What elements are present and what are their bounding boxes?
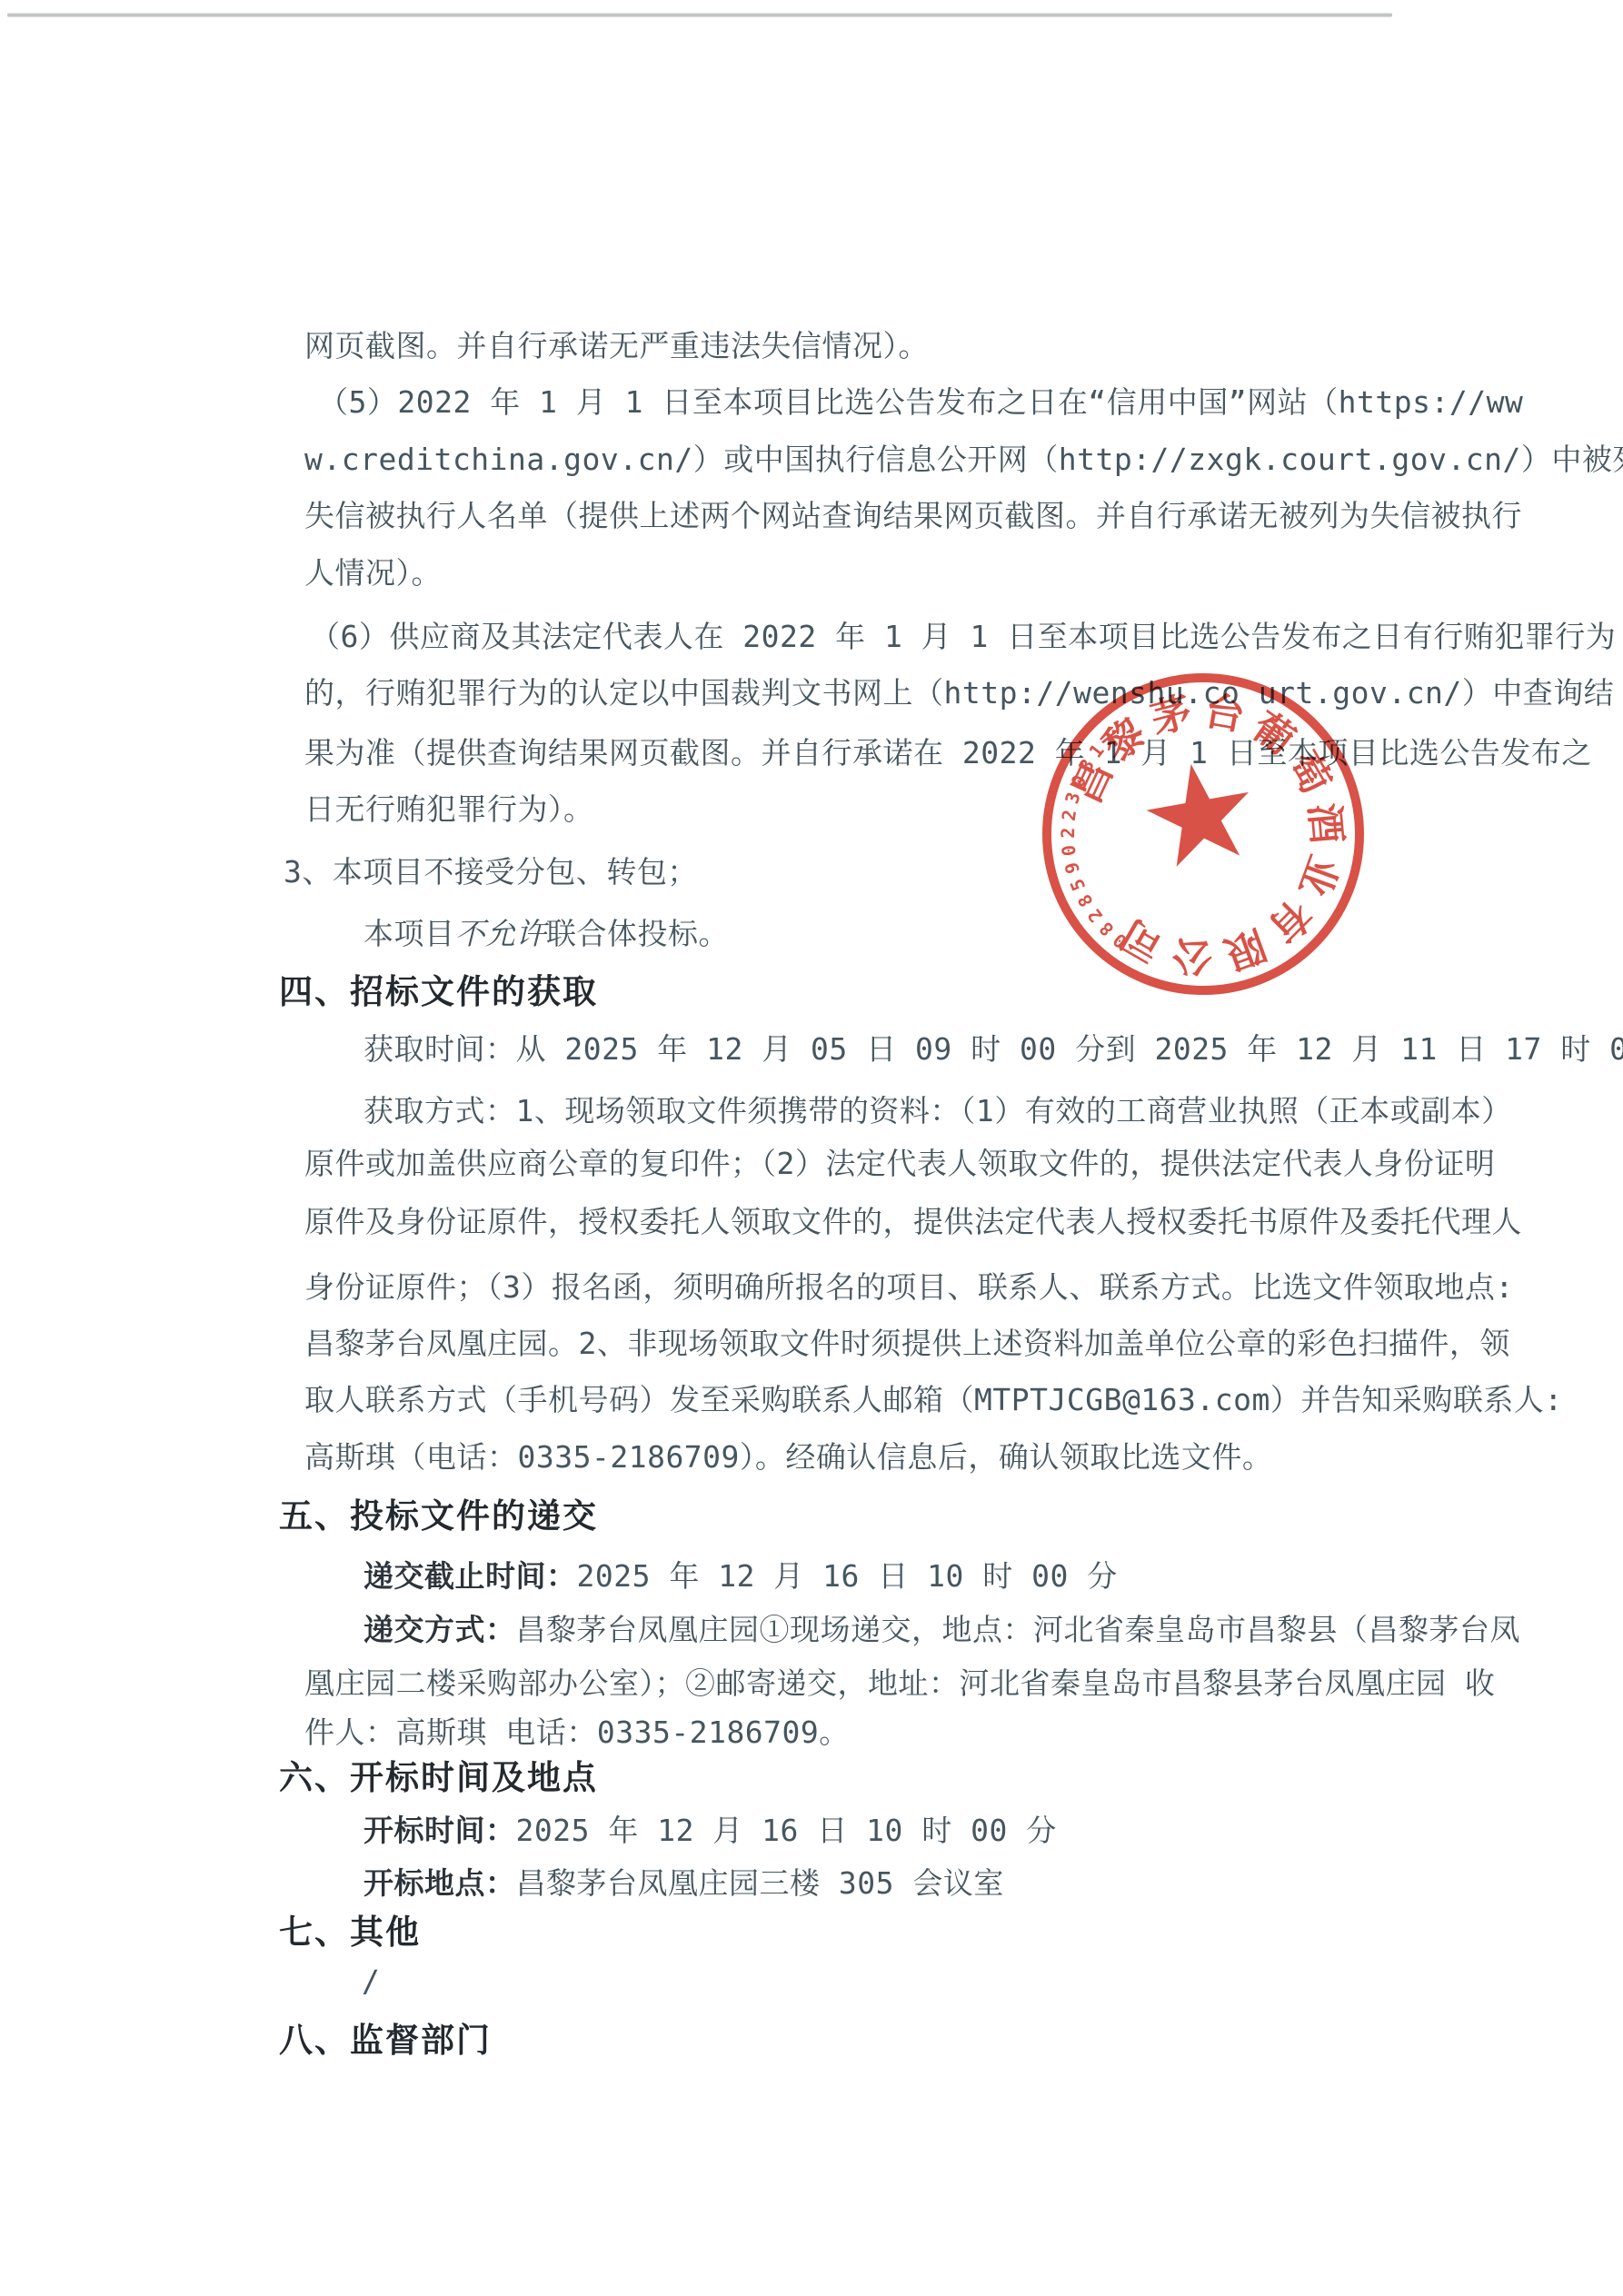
svg-text:萄: 萄	[1279, 744, 1338, 801]
doc-line: 网页截图。并自行承诺无严重违法失信情况）。	[304, 325, 929, 367]
svg-text:9: 9	[1060, 860, 1084, 876]
document-page: 网页截图。并自行承诺无严重违法失信情况）。 （5）2022 年 1 月 1 日至…	[0, 0, 1623, 2296]
svg-text:2: 2	[1083, 905, 1107, 927]
doc-line: （6）供应商及其法定代表人在 2022 年 1 月 1 日至本项目比选公告发布之…	[310, 616, 1616, 658]
svg-text:黎: 黎	[1095, 711, 1154, 770]
no-joint-bid-emphasis: 不允许	[455, 916, 547, 951]
submission-deadline-value: 2025 年 12 月 16 日 10 时 00 分	[577, 1558, 1118, 1594]
doc-line: 高斯琪（电话：0335-2186709）。经确认信息后，确认领取比选文件。	[304, 1436, 1272, 1478]
scan-artifact-line	[7, 13, 1392, 17]
doc-line: 3、本项目不接受分包、转包；	[284, 851, 698, 893]
svg-text:限: 限	[1219, 921, 1271, 977]
svg-text:茅: 茅	[1147, 690, 1197, 743]
section-heading-8: 八、监督部门	[279, 2019, 492, 2062]
bid-opening-time-line: 开标时间：2025 年 12 月 16 日 10 时 00 分	[363, 1810, 1057, 1852]
svg-text:业: 业	[1290, 850, 1346, 902]
submission-method-text: 昌黎茅台凤凰庄园①现场递交，地点：河北省秦皇岛市昌黎县（昌黎茅台凤	[516, 1612, 1521, 1647]
doc-line: w.creditchina.gov.cn/）或中国执行信息公开网（http://…	[304, 439, 1623, 481]
seal-star-icon	[1140, 755, 1259, 870]
doc-line: 昌黎茅台凤凰庄园。2、非现场领取文件时须提供上述资料加盖单位公章的彩色扫描件，领	[304, 1323, 1510, 1365]
svg-text:酒: 酒	[1301, 801, 1349, 845]
doc-line: 凰庄园二楼采购部办公室）；②邮寄递交，地址：河北省秦皇岛市昌黎县茅台凤凰庄园 收	[304, 1663, 1495, 1705]
no-joint-bid-post: 联合体投标。	[546, 916, 729, 951]
doc-line: 原件或加盖供应商公章的复印件；（2）法定代表人领取文件的，提供法定代表人身份证明	[304, 1143, 1495, 1185]
doc-line: 获取方式：1、现场领取文件须携带的资料：（1）有效的工商营业执照（正本或副本）	[363, 1090, 1512, 1132]
section-heading-6: 六、开标时间及地点	[279, 1756, 598, 1800]
submission-method-line: 递交方式：昌黎茅台凤凰庄园①现场递交，地点：河北省秦皇岛市昌黎县（昌黎茅台凤	[363, 1609, 1520, 1651]
no-joint-bid-pre: 本项目	[363, 916, 455, 951]
doc-line: 件人：高斯琪 电话：0335-2186709。	[304, 1712, 850, 1754]
section-heading-7: 七、其他	[279, 1911, 421, 1954]
doc-line: 获取时间：从 2025 年 12 月 05 日 09 时 00 分到 2025 …	[363, 1029, 1623, 1070]
svg-text:葡: 葡	[1244, 704, 1302, 763]
doc-line: 的，行贿犯罪行为的认定以中国裁判文书网上（http://wenshu.co ur…	[304, 672, 1614, 714]
doc-line: 果为准（提供查询结果网页截图。并自行承诺在 2022 年 1 月 1 日至本项目…	[304, 732, 1592, 774]
no-joint-bid-line: 本项目不允许联合体投标。	[363, 913, 729, 955]
doc-line: 取人联系方式（手机号码）发至采购联系人邮箱（MTPTJCGB@163.com）并…	[304, 1379, 1563, 1421]
section-heading-4: 四、招标文件的获取	[279, 970, 598, 1014]
bid-opening-time-label: 开标时间：	[363, 1813, 516, 1848]
svg-text:5: 5	[1065, 876, 1090, 894]
bid-opening-time-value: 2025 年 12 月 16 日 10 时 00 分	[516, 1813, 1057, 1848]
bid-opening-place-value: 昌黎茅台凤凰庄园三楼 305 会议室	[516, 1865, 1004, 1901]
bid-opening-place-line: 开标地点：昌黎茅台凤凰庄园三楼 305 会议室	[363, 1863, 1004, 1904]
svg-text:2: 2	[1057, 828, 1079, 839]
submission-deadline-line: 递交截止时间：2025 年 12 月 16 日 10 时 00 分	[363, 1556, 1118, 1597]
doc-line: （5）2022 年 1 月 1 日至本项目比选公告发布之日在“信用中国”网站（h…	[318, 382, 1523, 423]
section-heading-5: 五、投标文件的递交	[279, 1495, 598, 1538]
bid-opening-place-label: 开标地点：	[363, 1865, 516, 1901]
svg-text:2: 2	[1058, 809, 1080, 822]
svg-text:台: 台	[1200, 689, 1248, 740]
doc-line: 失信被执行人名单（提供上述两个网站查询结果网页截图。并自行承诺无被列为失信被执行	[304, 495, 1522, 537]
doc-line: 身份证原件；（3）报名函，须明确所报名的项目、联系人、联系方式。比选文件领取地点…	[304, 1267, 1514, 1308]
svg-text:8: 8	[1073, 890, 1098, 910]
doc-line: 人情况）。	[304, 552, 442, 594]
doc-line: 日无行贿犯罪行为）。	[304, 789, 594, 830]
doc-line: 原件及身份证原件，授权委托人领取文件的，提供法定代表人授权委托书原件及委托代理人	[304, 1201, 1522, 1243]
svg-text:公: 公	[1170, 932, 1214, 980]
company-seal: 昌 黎 茅 台 葡 萄 酒 业 有 限 公 司 1 3 0 3 2 2 0 9 …	[1035, 666, 1371, 1002]
submission-deadline-label: 递交截止时间：	[363, 1558, 577, 1594]
section7-content: /	[362, 1961, 380, 2003]
svg-text:0: 0	[1057, 844, 1080, 858]
submission-method-label: 递交方式：	[363, 1612, 516, 1647]
